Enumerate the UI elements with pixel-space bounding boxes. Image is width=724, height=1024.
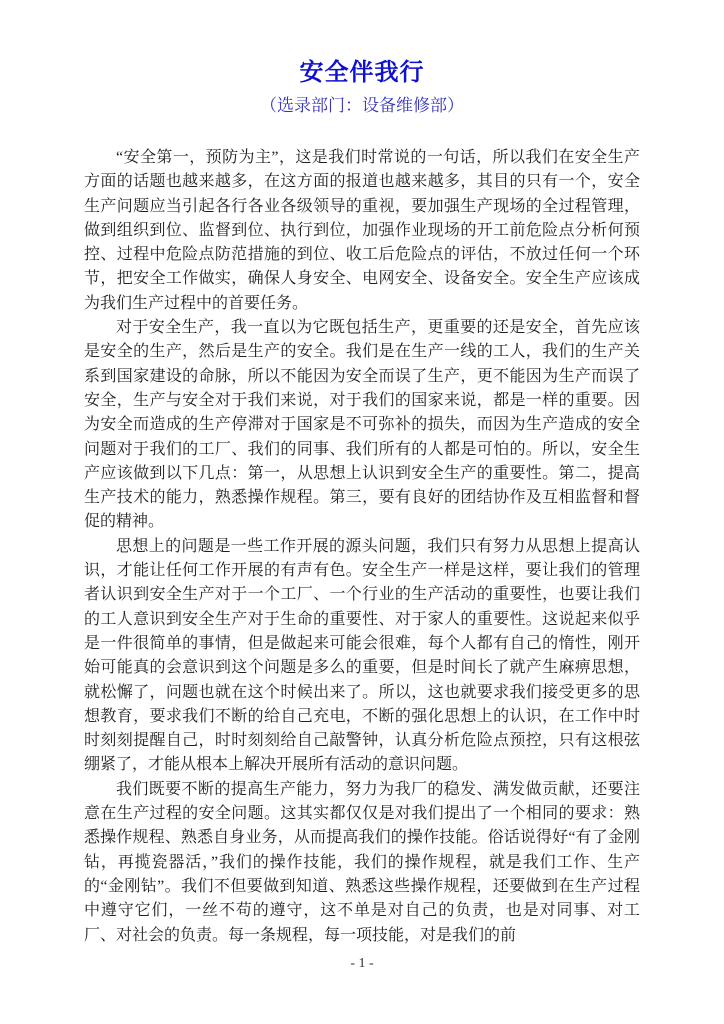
page-title: 安全伴我行	[0, 58, 724, 88]
body-paragraph: 我们既要不断的提高生产能力，努力为我厂的稳发、满发做贡献，还要注意在生产过程的安…	[84, 778, 640, 948]
page-subtitle: （选录部门：设备维修部）	[0, 94, 724, 118]
document-page: 安全伴我行 （选录部门：设备维修部） “安全第一，预防为主”，这是我们时常说的一…	[0, 0, 724, 1024]
body-paragraph: 思想上的问题是一些工作开展的源头问题，我们只有努力从思想上提高认识，才能让任何工…	[84, 535, 640, 778]
document-body: “安全第一，预防为主”，这是我们时常说的一句话，所以我们在安全生产方面的话题也越…	[84, 146, 640, 948]
body-paragraph: 对于安全生产，我一直以为它既包括生产，更重要的还是安全，首先应该是安全的生产，然…	[84, 316, 640, 535]
page-number: - 1 -	[0, 954, 724, 974]
body-paragraph: “安全第一，预防为主”，这是我们时常说的一句话，所以我们在安全生产方面的话题也越…	[84, 146, 640, 316]
